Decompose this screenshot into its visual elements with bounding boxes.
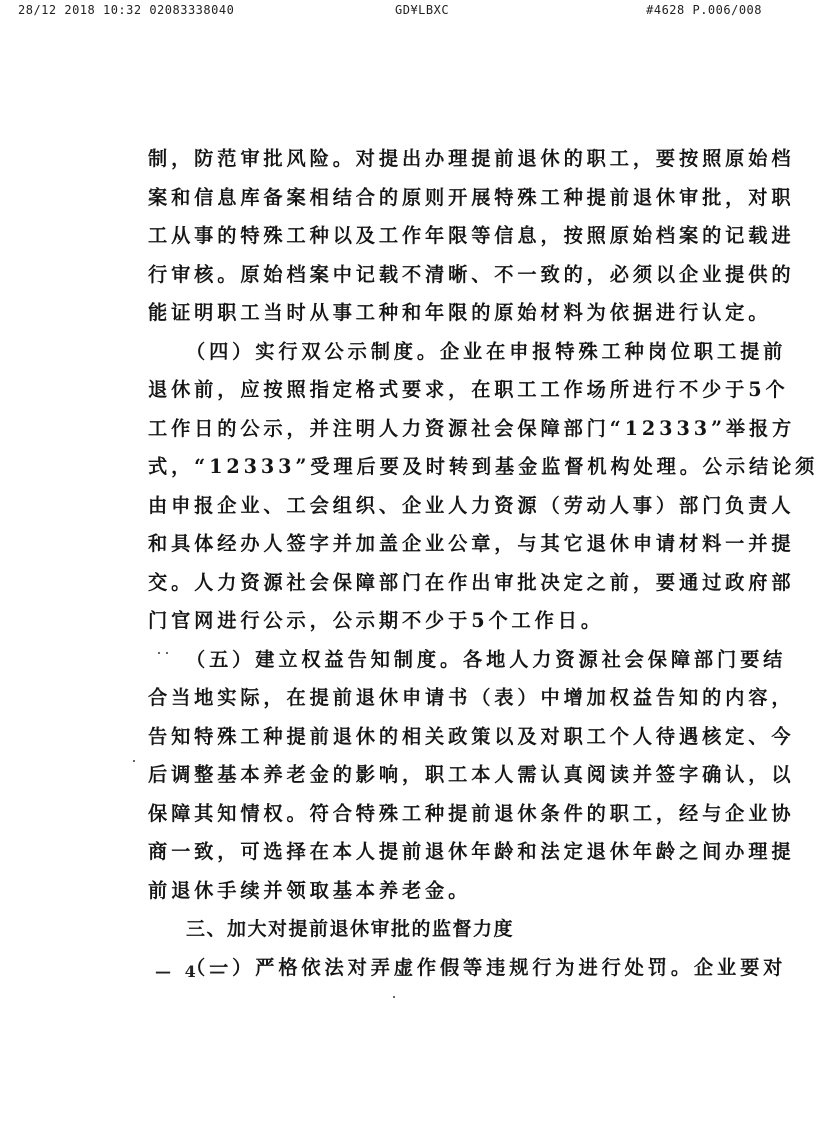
- text-line: （一）严格依法对弄虚作假等违规行为进行处罚。企业要对: [148, 949, 704, 988]
- text-line: 退休前，应按照指定格式要求，在职工工作场所进行不少于5个: [148, 371, 704, 410]
- text-line: 门官网进行公示，公示期不少于5个工作日。: [148, 602, 704, 641]
- text-line: （五）建立权益告知制度。各地人力资源社会保障部门要结: [148, 641, 704, 680]
- paragraph-section-4: （四）实行双公示制度。企业在申报特殊工种岗位职工提前 退休前，应按照指定格式要求…: [148, 333, 704, 641]
- scan-speck: [158, 652, 160, 654]
- document-body: 制，防范审批风险。对提出办理提前退休的职工，要按照原始档 案和信息库备案相结合的…: [148, 140, 704, 987]
- text-line: 行审核。原始档案中记载不清晰、不一致的，必须以企业提供的: [148, 256, 704, 295]
- text-line: （四）实行双公示制度。企业在申报特殊工种岗位职工提前: [148, 333, 704, 372]
- section-heading-3: 三、加大对提前退休审批的监督力度: [148, 910, 704, 949]
- text-line: 商一致，可选择在本人提前退休年龄和法定退休年龄之间办理提: [148, 833, 704, 872]
- text-line: 工作日的公示，并注明人力资源社会保障部门“12333”举报方: [148, 410, 704, 449]
- paragraph-continued: 制，防范审批风险。对提出办理提前退休的职工，要按照原始档 案和信息库备案相结合的…: [148, 140, 704, 333]
- text-line: 后调整基本养老金的影响，职工本人需认真阅读并签字确认，以: [148, 756, 704, 795]
- text-line: 工从事的特殊工种以及工作年限等信息，按照原始档案的记载进: [148, 217, 704, 256]
- text-line: 和具体经办人签字并加盖企业公章，与其它退休申请材料一并提: [148, 525, 704, 564]
- fax-header: 28/12 2018 10:32 02083338040 GD¥LBXC #46…: [0, 0, 822, 24]
- page-number: — 4 —: [155, 962, 229, 981]
- text-line: 合当地实际，在提前退休申请书（表）中增加权益告知的内容，: [148, 679, 704, 718]
- text-line: 式，“12333”受理后要及时转到基金监督机构处理。公示结论须: [148, 448, 704, 487]
- fax-station-id: GD¥LBXC: [395, 3, 449, 17]
- fax-datetime-sender: 28/12 2018 10:32 02083338040: [18, 3, 234, 17]
- text-line: 制，防范审批风险。对提出办理提前退休的职工，要按照原始档: [148, 140, 704, 179]
- text-line: 案和信息库备案相结合的原则开展特殊工种提前退休审批，对职: [148, 179, 704, 218]
- text-line: 能证明职工当时从事工种和年限的原始材料为依据进行认定。: [148, 294, 704, 333]
- scan-speck: [393, 996, 395, 998]
- text-line: 告知特殊工种提前退休的相关政策以及对职工个人待遇核定、今: [148, 718, 704, 757]
- text-line: 由申报企业、工会组织、企业人力资源（劳动人事）部门负责人: [148, 487, 704, 526]
- paragraph-section-5: （五）建立权益告知制度。各地人力资源社会保障部门要结 合当地实际，在提前退休申请…: [148, 641, 704, 911]
- text-line: 保障其知情权。符合特殊工种提前退休条件的职工，经与企业协: [148, 795, 704, 834]
- scan-speck: [166, 652, 168, 654]
- scan-speck: [133, 760, 135, 762]
- text-line: 前退休手续并领取基本养老金。: [148, 872, 704, 911]
- fax-job-page: #4628 P.006/008: [646, 3, 762, 17]
- text-line: 交。人力资源社会保障部门在作出审批决定之前，要通过政府部: [148, 564, 704, 603]
